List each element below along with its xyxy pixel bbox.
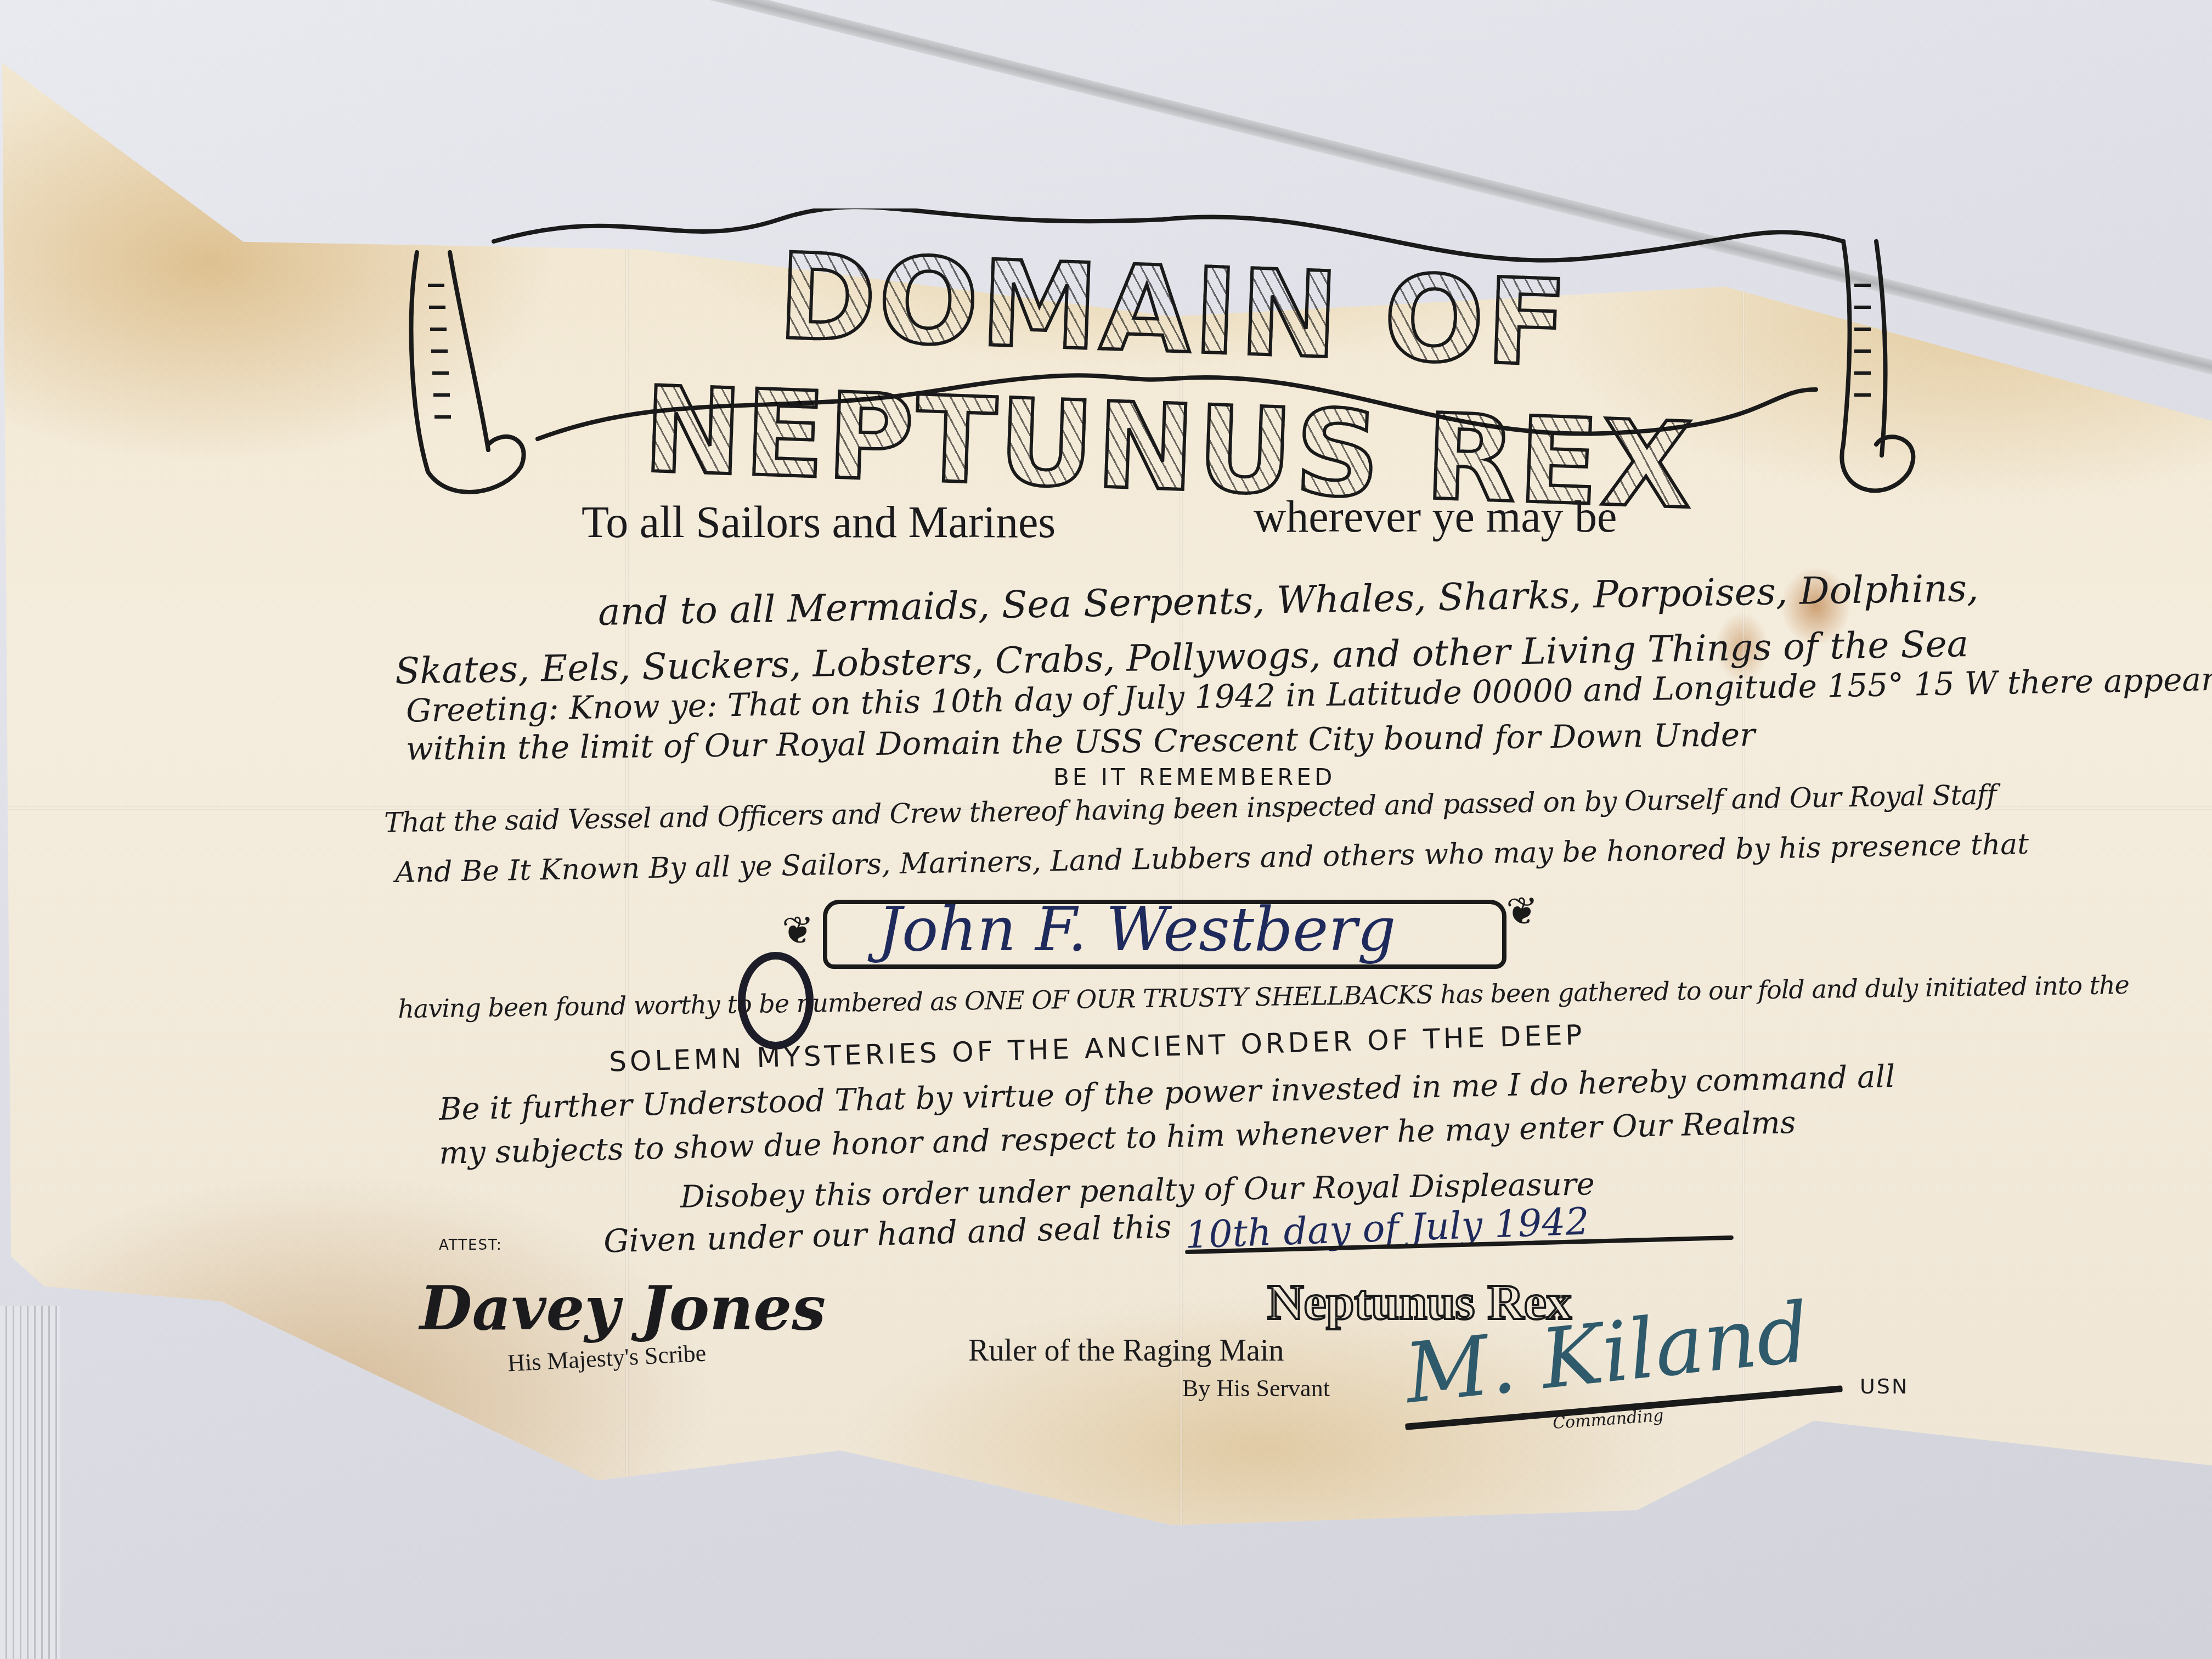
king-title: Ruler of the Raging Main bbox=[968, 1333, 1284, 1368]
attest-label: ATTEST: bbox=[439, 1237, 503, 1254]
shellback-line: having been found worthy to be numbered … bbox=[398, 970, 2129, 1024]
salutation-left: To all Sailors and Marines bbox=[582, 496, 1056, 548]
left-flourish-icon: ❦ bbox=[782, 908, 814, 953]
be-it-known-line: And Be It Known By all ye Sailors, Marin… bbox=[395, 828, 2029, 889]
certificate-content: DOMAIN OF NEPTUNUS REX To all Sailors an… bbox=[0, 0, 2212, 1659]
right-flourish-icon: ❦ bbox=[1506, 889, 1538, 934]
honoree-name: John F. Westberg bbox=[878, 894, 1396, 964]
servant-label: By His Servant bbox=[1182, 1374, 1330, 1402]
scribe-signature: Davey Jones bbox=[420, 1273, 826, 1344]
given-under-line: Given under our hand and seal this bbox=[603, 1207, 1172, 1260]
salutation-right: wherever ye may be bbox=[1254, 491, 1617, 543]
scribe-title: His Majesty's Scribe bbox=[507, 1339, 707, 1378]
title-banner: DOMAIN OF NEPTUNUS REX bbox=[395, 208, 1942, 516]
creatures-line-1: and to all Mermaids, Sea Serpents, Whale… bbox=[598, 567, 1979, 634]
document-title: DOMAIN OF NEPTUNUS REX bbox=[555, 220, 1787, 538]
service-label: USN bbox=[1860, 1374, 1909, 1398]
be-it-remembered: BE IT REMEMBERED bbox=[1053, 764, 1335, 791]
